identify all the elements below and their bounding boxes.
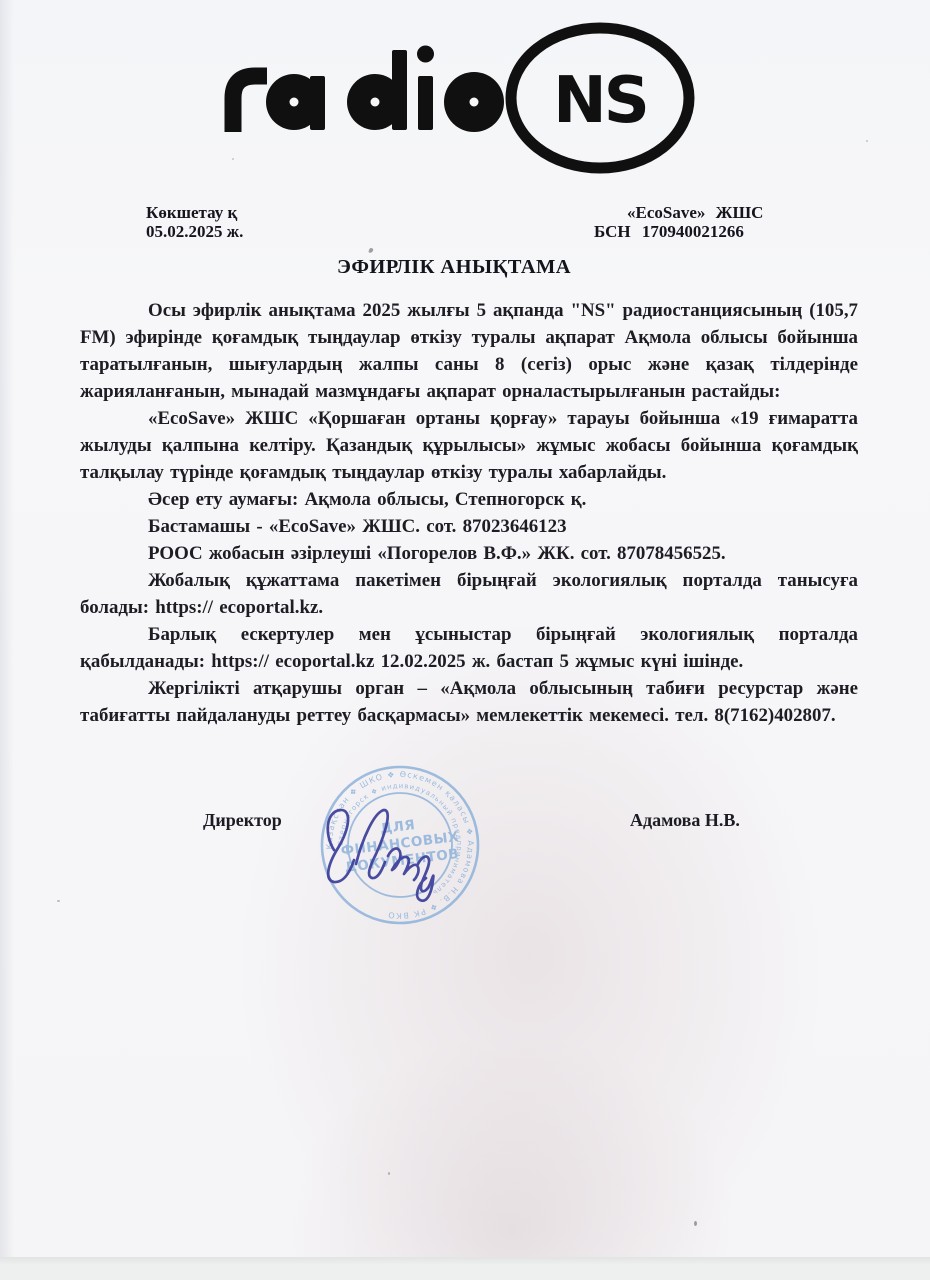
director-label: Директор (203, 810, 282, 831)
paragraph-developer: РООС жобасын әзірлеуші «Погорелов В.Ф.» … (80, 540, 858, 567)
scan-speck (57, 900, 60, 902)
header-bin: БСН 170940021266 (594, 222, 804, 241)
document-body: Осы эфирлік анықтама 2025 жылғы 5 ақпанд… (80, 297, 858, 729)
scan-speck (232, 158, 234, 160)
scan-speck (694, 1221, 697, 1226)
header-city: Көкшетау қ (146, 203, 243, 222)
paragraph-portal: Жобалық құжаттама пакетімен бірыңғай эко… (80, 567, 858, 621)
logo-letter-r (233, 76, 267, 132)
logo-ns-text: NS (553, 64, 647, 138)
signature-name: Адамова Н.В. (630, 810, 740, 831)
paragraph-comments: Барлық ескертулер мен ұсыныстар бірыңғай… (80, 621, 858, 675)
logo-letter-i (418, 76, 433, 130)
header-left: Көкшетау қ 05.02.2025 ж. (146, 203, 243, 241)
scan-speck (368, 248, 373, 254)
company-stamp: Қазақстан ❖ ШКО ❖ Өскемен қаласы ❖ Адамо… (300, 752, 500, 952)
paragraph-authority: Жергілікті атқарушы орган – «Ақмола облы… (80, 675, 858, 729)
radio-ns-logo: radio NS (212, 14, 702, 164)
scan-speck (388, 1172, 390, 1175)
paragraph-project: «EcoSave» ЖШС «Қоршаған ортаны қорғау» т… (80, 405, 858, 486)
scanner-background-edge (0, 1257, 930, 1280)
header-date: 05.02.2025 ж. (146, 222, 243, 241)
scanned-document-page: radio NS (0, 0, 930, 1280)
header-right: «EcoSave» ЖШС БСН 170940021266 (594, 203, 804, 241)
paper: radio NS (0, 0, 930, 1257)
paragraph-area: Әсер ету аумағы: Ақмола облысы, Степного… (80, 486, 858, 513)
stamp-center-text: ДЛЯ ФИНАНСОВЫХ ДОКУМЕНТОВ (338, 812, 462, 876)
logo-graphic: NS (212, 14, 702, 180)
paragraph-initiator: Бастамашы - «EcoSave» ЖШС. сот. 87023646… (80, 513, 858, 540)
header-company: «EcoSave» ЖШС (594, 203, 804, 222)
paragraph-intro: Осы эфирлік анықтама 2025 жылғы 5 ақпанд… (80, 297, 858, 405)
document-title: ЭФИРЛІК АНЫҚТАМА (0, 256, 908, 279)
scan-speck (866, 140, 868, 142)
